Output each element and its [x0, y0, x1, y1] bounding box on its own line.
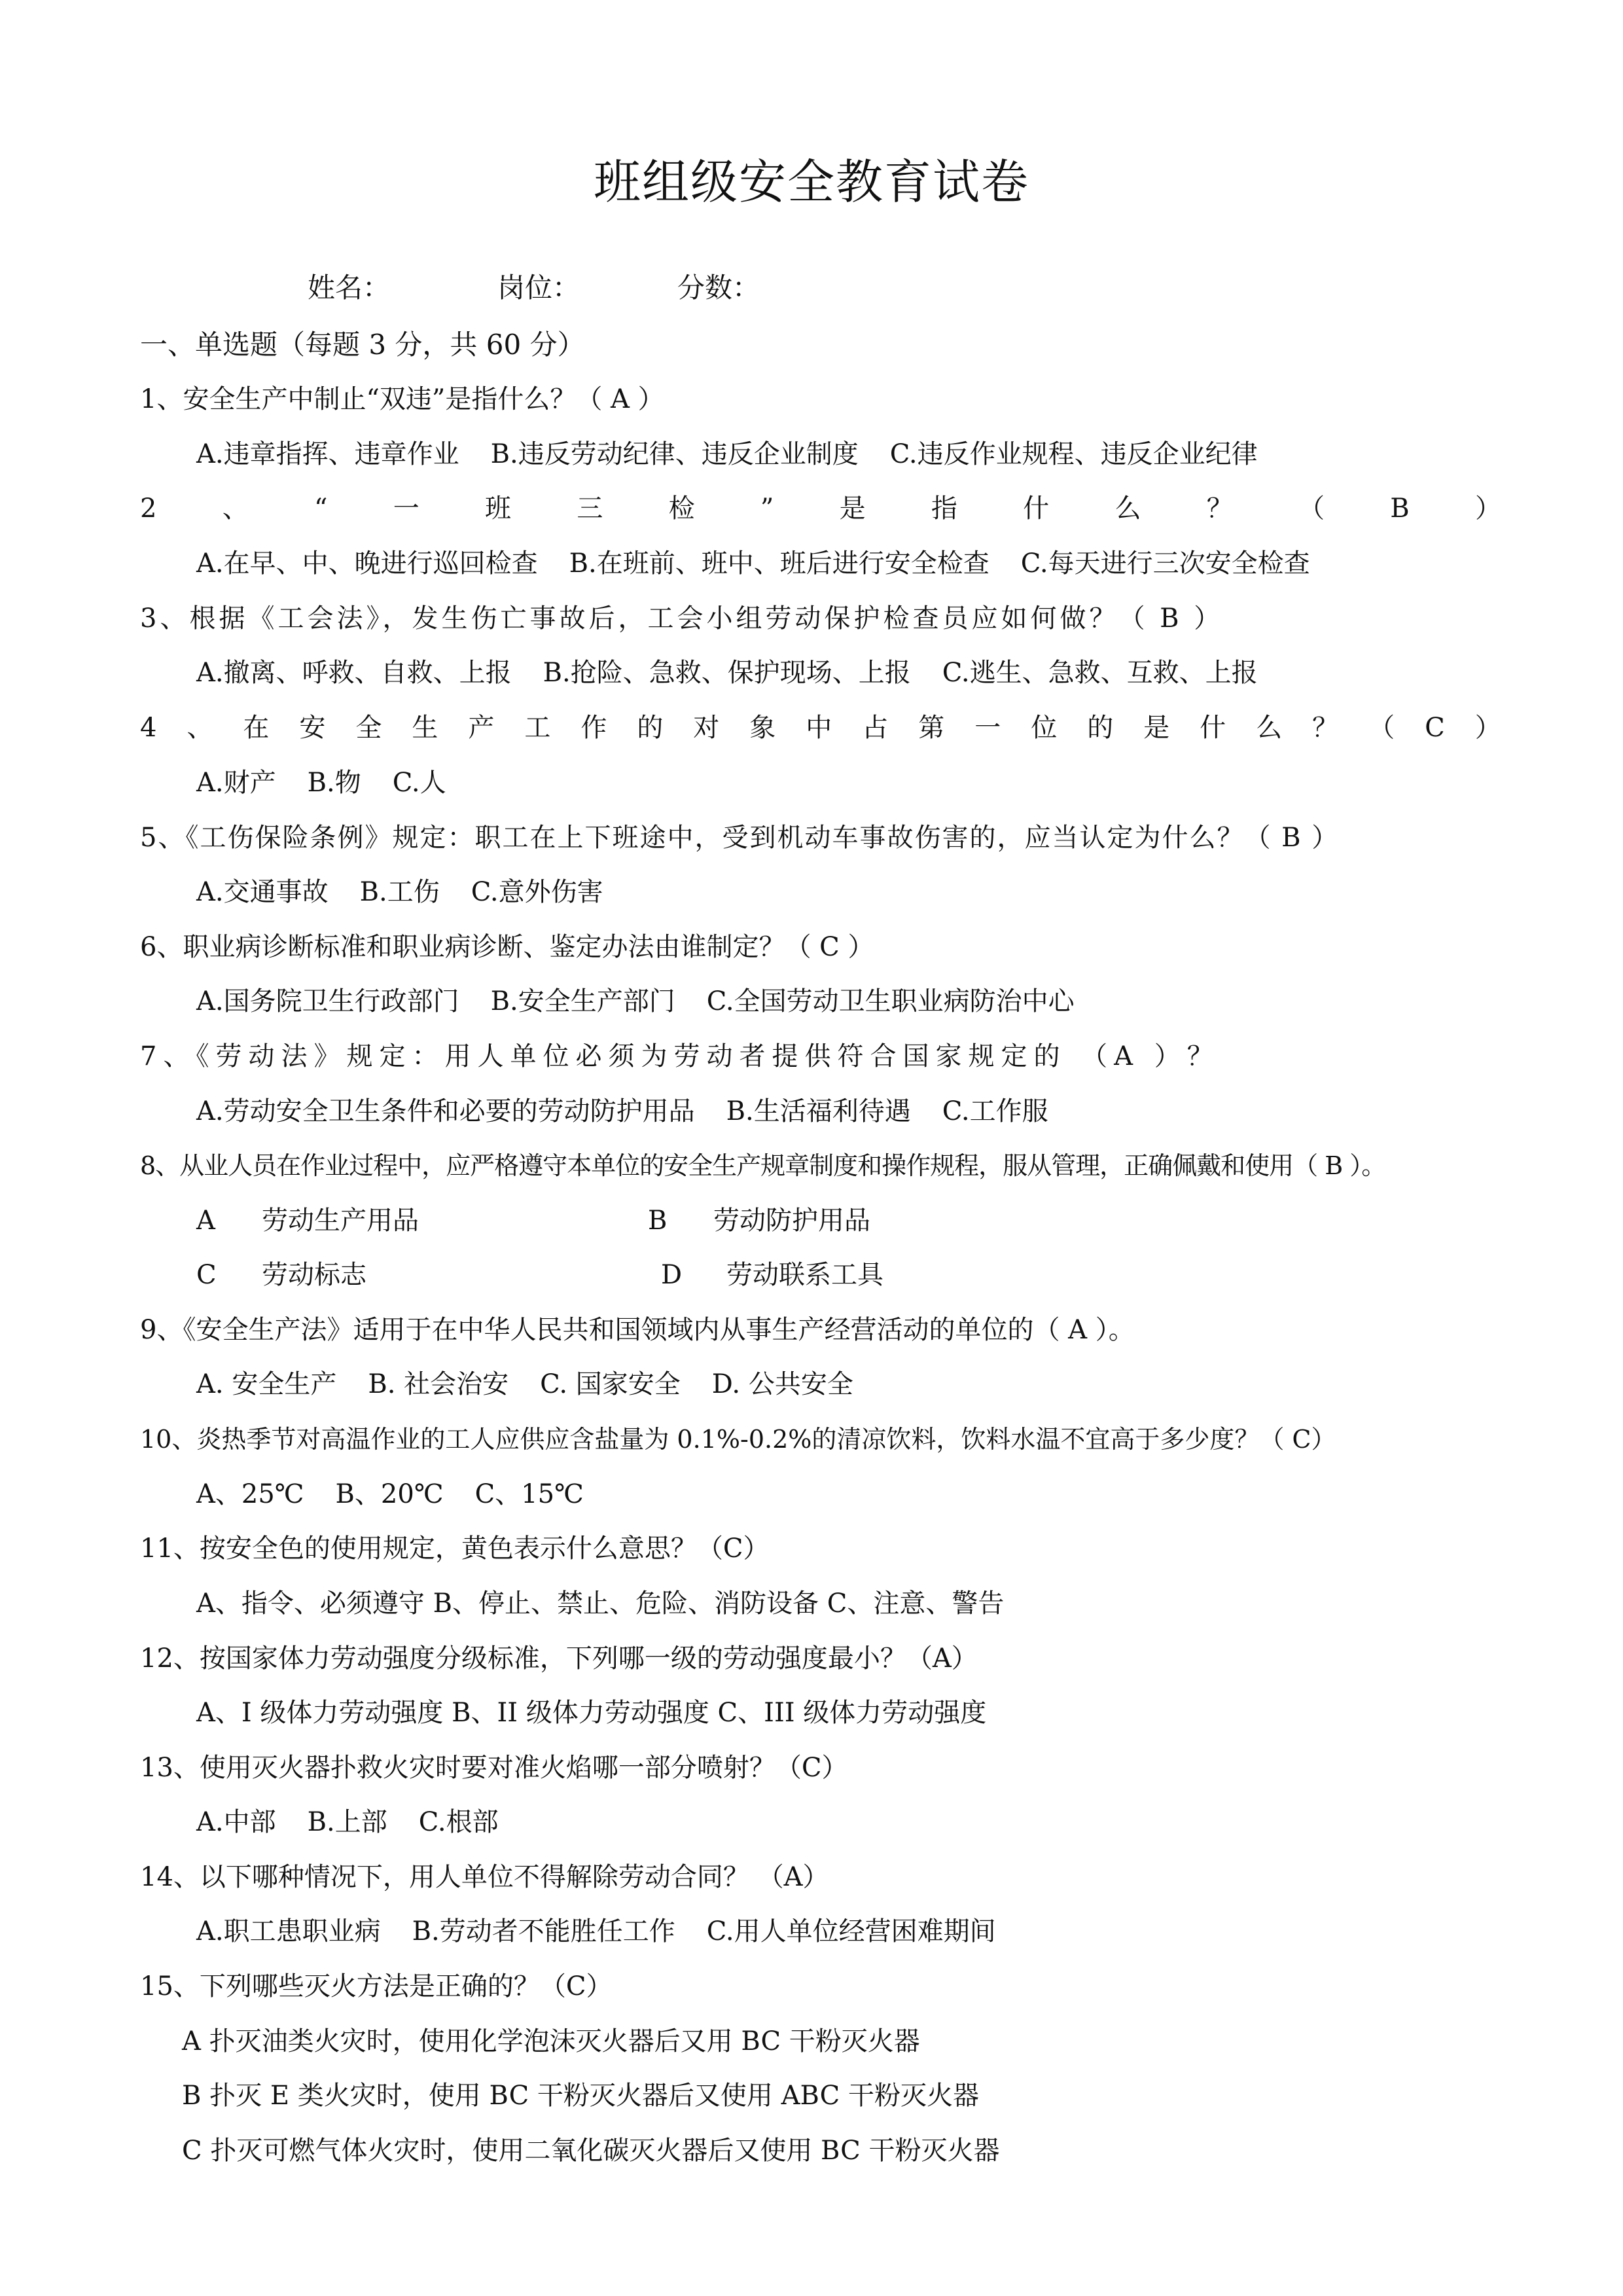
option-b: B.违反劳动纪律、违反企业制度 [491, 439, 859, 469]
option-c: C.根部 [419, 1807, 499, 1837]
q-char: 是 [840, 489, 866, 528]
option-b: B.物 [308, 768, 361, 798]
q-char: 一 [393, 489, 419, 528]
q-char: 三 [577, 489, 603, 528]
question-7-options: A.劳动安全卫生条件和必要的劳动防护用品B.生活福利待遇C.工作服 [196, 1092, 1558, 1131]
option-text: 劳动生产用品 [262, 1201, 648, 1240]
option-d: D. 公共安全 [712, 1369, 853, 1399]
section-heading: 一、单选题（每题 3 分，共 60 分） [140, 325, 585, 365]
question-8: 8、从业人员在作业过程中，应严格遵守本单位的安全生产规章制度和操作规程，服从管理… [140, 1146, 1501, 1185]
q-char: 对 [693, 708, 719, 747]
q-char: 在 [243, 708, 269, 747]
option-a: A.中部 [196, 1807, 276, 1837]
q-char: 生 [412, 708, 438, 747]
question-13-options: A.中部B.上部C.根部 [196, 1803, 1558, 1842]
option-c: C.工作服 [942, 1096, 1048, 1126]
question-1: 1、安全生产中制止“双违”是指什么？（ A ） [140, 380, 1501, 419]
option-b: B.上部 [308, 1807, 387, 1837]
q-char: 全 [355, 708, 382, 747]
question-6-options: A.国务院卫生行政部门B.安全生产部门C.全国劳动卫生职业病防治中心 [196, 982, 1558, 1021]
q-char: 、 [223, 489, 249, 528]
option-a: A.职工患职业病 [196, 1916, 381, 1946]
question-3-options: A.撤离、呼救、自救、上报B.抢险、急救、保护现场、上报C.逃生、急救、互救、上… [196, 653, 1558, 692]
option-c: C、15℃ [475, 1479, 584, 1509]
q-char: （ [1368, 708, 1395, 747]
q-char: 产 [468, 708, 494, 747]
option-letter: B [648, 1201, 713, 1240]
q-char: 是 [1143, 708, 1169, 747]
option-b: B.安全生产部门 [491, 986, 675, 1016]
question-3: 3、根据《工会法》，发生伤亡事故后，工会小组劳动保护检查员应如何做？（ B ） [140, 599, 1501, 638]
question-5-options: A.交通事故B.工伤C.意外伤害 [196, 872, 1558, 912]
question-14-options: A.职工患职业病B.劳动者不能胜任工作C.用人单位经营困难期间 [196, 1912, 1558, 1951]
q-char: B [1390, 489, 1409, 528]
question-15-option-a: A 扑灭油类火灾时，使用化学泡沫灭火器后又用 BC 干粉灭火器 [182, 2022, 1543, 2061]
q-char: 么 [1256, 708, 1282, 747]
q-char: 、 [187, 708, 213, 747]
option-letter: C [196, 1255, 262, 1295]
page-title: 班组级安全教育试卷 [0, 149, 1623, 215]
question-4: 4 、 在 安 全 生 产 工 作 的 对 象 中 占 第 一 位 的 是 什 … [140, 708, 1501, 747]
question-15-option-c: C 扑灭可燃气体火灾时，使用二氧化碳灭火器后又使用 BC 干粉灭火器 [182, 2131, 1543, 2170]
option-text: 劳动联系工具 [726, 1255, 883, 1295]
option-a: A.违章指挥、违章作业 [196, 439, 459, 469]
q-char: 班 [485, 489, 511, 528]
option-c: C.用人单位经营困难期间 [707, 1916, 996, 1946]
q-char: 位 [1031, 708, 1057, 747]
question-14: 14、以下哪种情况下，用人单位不得解除劳动合同？ （A） [140, 1857, 1501, 1897]
q-char: 2 [140, 489, 156, 528]
name-label: 姓名： [308, 268, 497, 308]
option-letter: A [196, 1201, 262, 1240]
question-11: 11、按安全色的使用规定，黄色表示什么意思？（C） [140, 1529, 1501, 1568]
q-char: ” [760, 489, 774, 528]
question-8-options-row-2: C 劳动标志 D 劳动联系工具 [196, 1255, 1558, 1295]
question-12-options: A、I 级体力劳动强度 B、II 级体力劳动强度 C、III 级体力劳动强度 [196, 1693, 1558, 1732]
question-2: 2 、 “ 一 班 三 检 ” 是 指 什 么 ？ （ B ） [140, 489, 1501, 528]
option-b: B.抢险、急救、保护现场、上报 [543, 658, 911, 688]
question-10: 10、炎热季节对高温作业的工人应供应含盐量为 0.1%-0.2%的清凉饮料，饮料… [140, 1420, 1501, 1459]
q-char: 中 [806, 708, 832, 747]
option-b: B. 社会治安 [368, 1369, 508, 1399]
option-b: B、20℃ [336, 1479, 444, 1509]
q-char: 4 [140, 708, 156, 747]
q-char: 安 [299, 708, 325, 747]
q-char: ？ [1312, 708, 1338, 747]
question-8-options-row-1: A 劳动生产用品 B 劳动防护用品 [196, 1201, 1558, 1240]
option-a: A.撤离、呼救、自救、上报 [196, 658, 512, 688]
option-b: B.工伤 [360, 877, 440, 907]
student-info: 姓名： 岗位： 分数： [308, 268, 760, 308]
q-char: 第 [918, 708, 944, 747]
option-c: C. 国家安全 [540, 1369, 681, 1399]
option-a: A.劳动安全卫生条件和必要的劳动防护用品 [196, 1096, 695, 1126]
q-char: 的 [637, 708, 663, 747]
question-2-options: A.在早、中、晚进行巡回检查B.在班前、班中、班后进行安全检查C.每天进行三次安… [196, 544, 1558, 583]
option-c: C.意外伤害 [471, 877, 603, 907]
option-a: A.财产 [196, 768, 276, 798]
option-c: C.每天进行三次安全检查 [1021, 548, 1310, 579]
q-char: 什 [1023, 489, 1049, 528]
question-9-options: A. 安全生产B. 社会治安C. 国家安全D. 公共安全 [196, 1365, 1558, 1404]
option-letter: D [661, 1255, 726, 1295]
option-a: A.交通事故 [196, 877, 329, 907]
option-c: C.人 [393, 768, 446, 798]
question-12: 12、按国家体力劳动强度分级标准，下列哪一级的劳动强度最小？（A） [140, 1639, 1501, 1678]
question-13: 13、使用灭火器扑救火灾时要对准火焰哪一部分喷射？（C） [140, 1748, 1501, 1787]
q-char: ？ [1207, 489, 1233, 528]
q-char: “ [314, 489, 327, 528]
question-11-options: A、指令、必须遵守 B、停止、禁止、危险、消防设备 C、注意、警告 [196, 1584, 1558, 1623]
q-char: 一 [974, 708, 1001, 747]
option-text: 劳动标志 [262, 1255, 661, 1295]
q-char: C [1425, 708, 1445, 747]
q-char: 什 [1200, 708, 1226, 747]
question-7: 7、《劳动法》规定：用人单位必须为劳动者提供符合国家规定的 （A ）？ [140, 1037, 1501, 1076]
question-15: 15、下列哪些灭火方法是正确的？（C） [140, 1967, 1501, 2006]
q-char: 检 [669, 489, 695, 528]
option-a: A、25℃ [196, 1479, 304, 1509]
option-c: C.违反作业规程、违反企业纪律 [890, 439, 1258, 469]
q-char: 象 [749, 708, 776, 747]
q-char: 工 [524, 708, 550, 747]
q-char: 指 [931, 489, 957, 528]
q-char: （ [1298, 489, 1325, 528]
score-label: 分数： [677, 268, 760, 308]
position-label: 岗位： [497, 268, 677, 308]
q-char: ） [1475, 489, 1501, 528]
question-1-options: A.违章指挥、违章作业B.违反劳动纪律、违反企业制度C.违反作业规程、违反企业纪… [196, 435, 1558, 474]
q-char: ） [1475, 708, 1501, 747]
option-c: C.逃生、急救、互救、上报 [942, 658, 1258, 688]
question-5: 5、《工伤保险条例》规定：职工在上下班途中，受到机动车事故伤害的，应当认定为什么… [140, 818, 1501, 857]
question-15-option-b: B 扑灭 E 类火灾时，使用 BC 干粉灭火器后又使用 ABC 干粉灭火器 [182, 2076, 1543, 2115]
option-b: B.劳动者不能胜任工作 [412, 1916, 675, 1946]
option-b: B.生活福利待遇 [726, 1096, 911, 1126]
q-char: 么 [1115, 489, 1141, 528]
option-a: A. 安全生产 [196, 1369, 336, 1399]
question-6: 6、职业病诊断标准和职业病诊断、鉴定办法由谁制定？（ C ） [140, 927, 1501, 967]
question-9: 9、《安全生产法》适用于在中华人民共和国领域内从事生产经营活动的单位的（ A ）… [140, 1310, 1501, 1350]
q-char: 作 [580, 708, 607, 747]
option-b: B.在班前、班中、班后进行安全检查 [569, 548, 990, 579]
q-char: 的 [1087, 708, 1113, 747]
option-text: 劳动防护用品 [713, 1201, 870, 1240]
exam-page: 班组级安全教育试卷 姓名： 岗位： 分数： 一、单选题（每题 3 分，共 60 … [0, 0, 1623, 2296]
option-c: C.全国劳动卫生职业病防治中心 [707, 986, 1075, 1016]
option-a: A.国务院卫生行政部门 [196, 986, 459, 1016]
q-char: 占 [862, 708, 888, 747]
question-10-options: A、25℃B、20℃C、15℃ [196, 1475, 1558, 1514]
question-4-options: A.财产B.物C.人 [196, 763, 1558, 802]
option-a: A.在早、中、晚进行巡回检查 [196, 548, 538, 579]
